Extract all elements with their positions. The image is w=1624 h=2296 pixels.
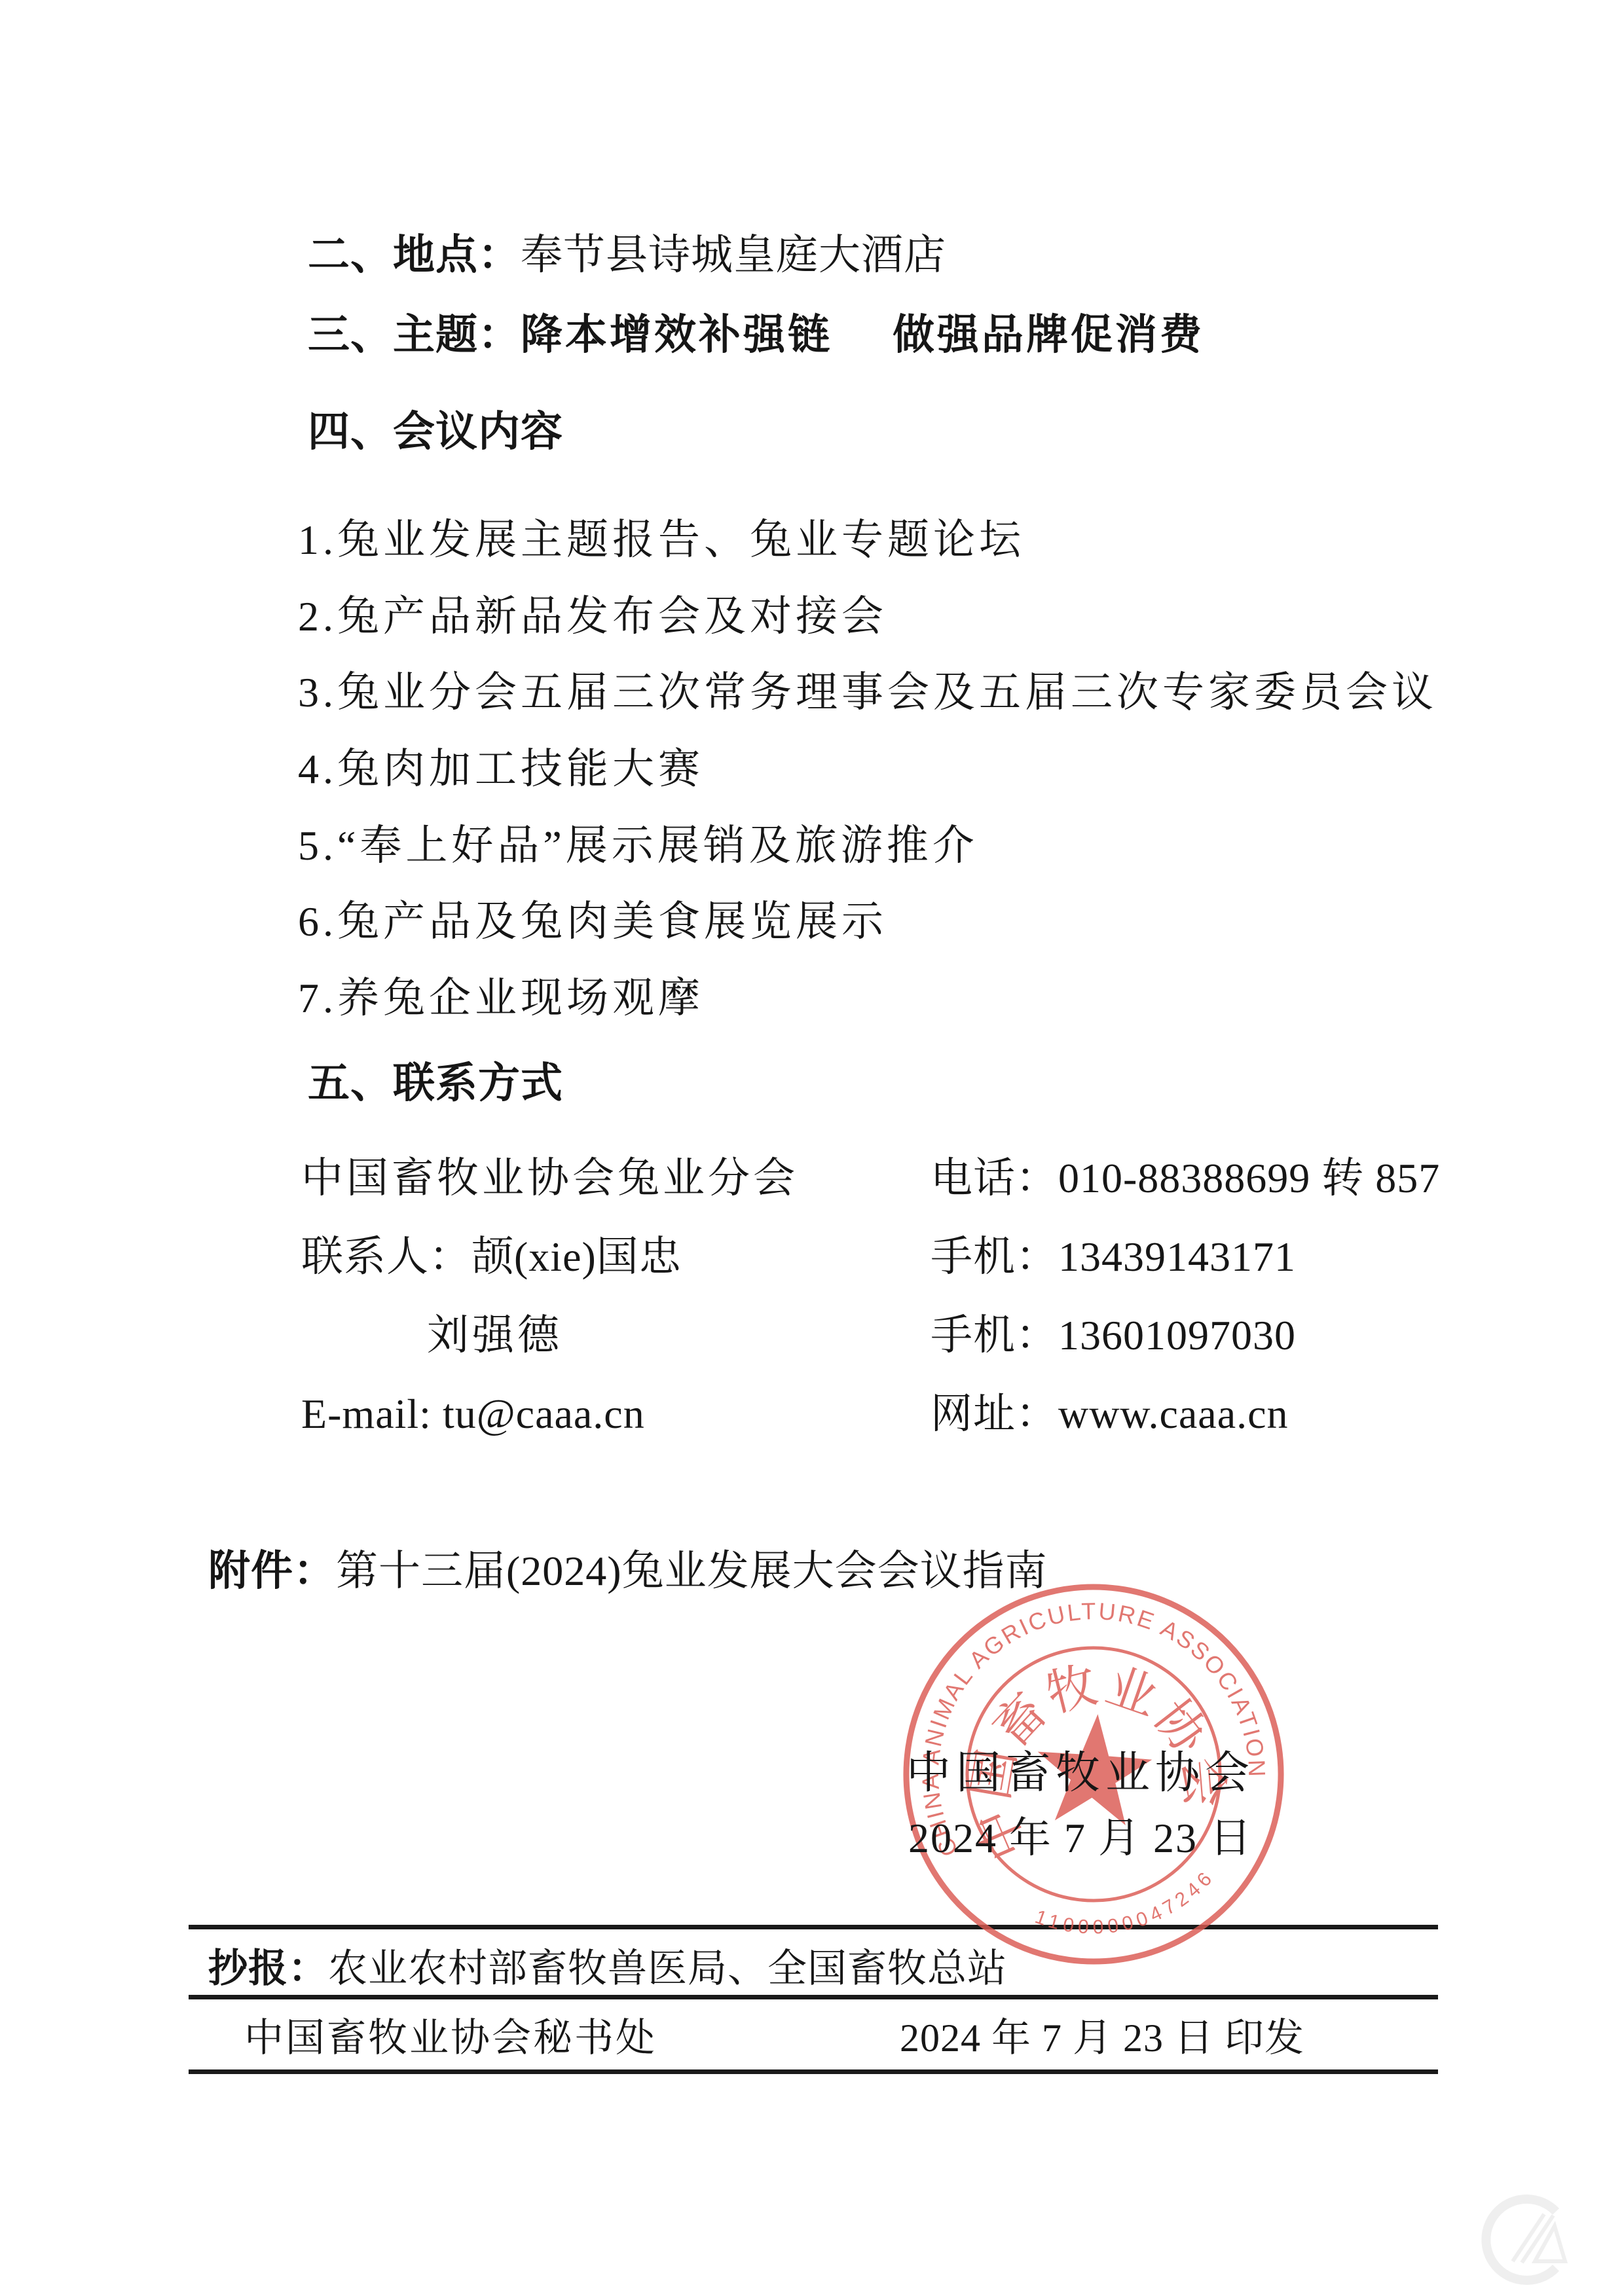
contact-person-2: 刘强德 — [427, 1303, 563, 1368]
agenda-item-3: 3.兔业分会五届三次常务理事会及五届三次专家委员会议 — [298, 660, 1437, 725]
footer-rule-3 — [189, 2069, 1438, 2074]
agenda-item-5: 5.“奉上好品”展示展销及旅游推介 — [298, 813, 978, 879]
signature-org: 中国畜牧业协会 — [897, 1738, 1264, 1801]
location-value: 奉节县诗城皇庭大酒店 — [521, 232, 946, 278]
contact-phone: 电话：010-88388699 转 857 — [931, 1146, 1440, 1211]
agenda-item-6: 6.兔产品及兔肉美食展览展示 — [298, 889, 887, 955]
theme-label: 三、主题： — [308, 312, 521, 358]
theme-value-2: 做强品牌促消费 — [893, 312, 1204, 358]
theme-value-1: 降本增效补强链 — [521, 312, 832, 358]
agenda-item-7: 7.养兔企业现场观摩 — [298, 966, 704, 1031]
agenda-item-2: 2.兔产品新品发布会及对接会 — [298, 584, 887, 649]
location-label: 二、地点： — [308, 232, 521, 278]
contacts-heading: 五、联系方式 — [308, 1051, 563, 1116]
attachment-label: 附件： — [208, 1548, 336, 1594]
contact-mobile-2: 手机：13601097030 — [931, 1303, 1296, 1368]
footer-copy-line: 抄报：农业农村部畜牧兽医局、全国畜牧总站 — [208, 1939, 1007, 1998]
watermark-logo-icon — [1472, 2184, 1583, 2295]
agenda-item-1: 1.兔业发展主题报告、兔业专题论坛 — [298, 507, 1025, 573]
location-line: 二、地点：奉节县诗城皇庭大酒店 — [308, 223, 946, 288]
footer-rule-2 — [189, 1995, 1438, 1999]
contact-org: 中国畜牧业协会兔业分会 — [301, 1146, 798, 1211]
document-page: 二、地点：奉节县诗城皇庭大酒店 三、主题：降本增效补强链做强品牌促消费 四、会议… — [0, 0, 1624, 2296]
contact-mobile-1: 手机：13439143171 — [931, 1224, 1296, 1290]
agenda-item-4: 4.兔肉加工技能大赛 — [298, 737, 704, 802]
seal-code-text: 1100000047246 — [1028, 1862, 1227, 1956]
signature-date: 2024 年 7 月 23 日 — [897, 1804, 1264, 1865]
footer-issue-date: 2024 年 7 月 23 日 印发 — [900, 2009, 1304, 2068]
footer-copy-label: 抄报： — [208, 1947, 328, 1990]
contact-website: 网址：www.caaa.cn — [931, 1381, 1289, 1447]
contact-person-1: 联系人：颉(xie)国忠 — [301, 1224, 682, 1290]
theme-line: 三、主题：降本增效补强链做强品牌促消费 — [308, 302, 1204, 368]
footer-issuer: 中国畜牧业协会秘书处 — [244, 2009, 657, 2068]
contact-email: E-mail: tu@caaa.cn — [301, 1381, 645, 1447]
agenda-heading: 四、会议内容 — [308, 399, 563, 465]
